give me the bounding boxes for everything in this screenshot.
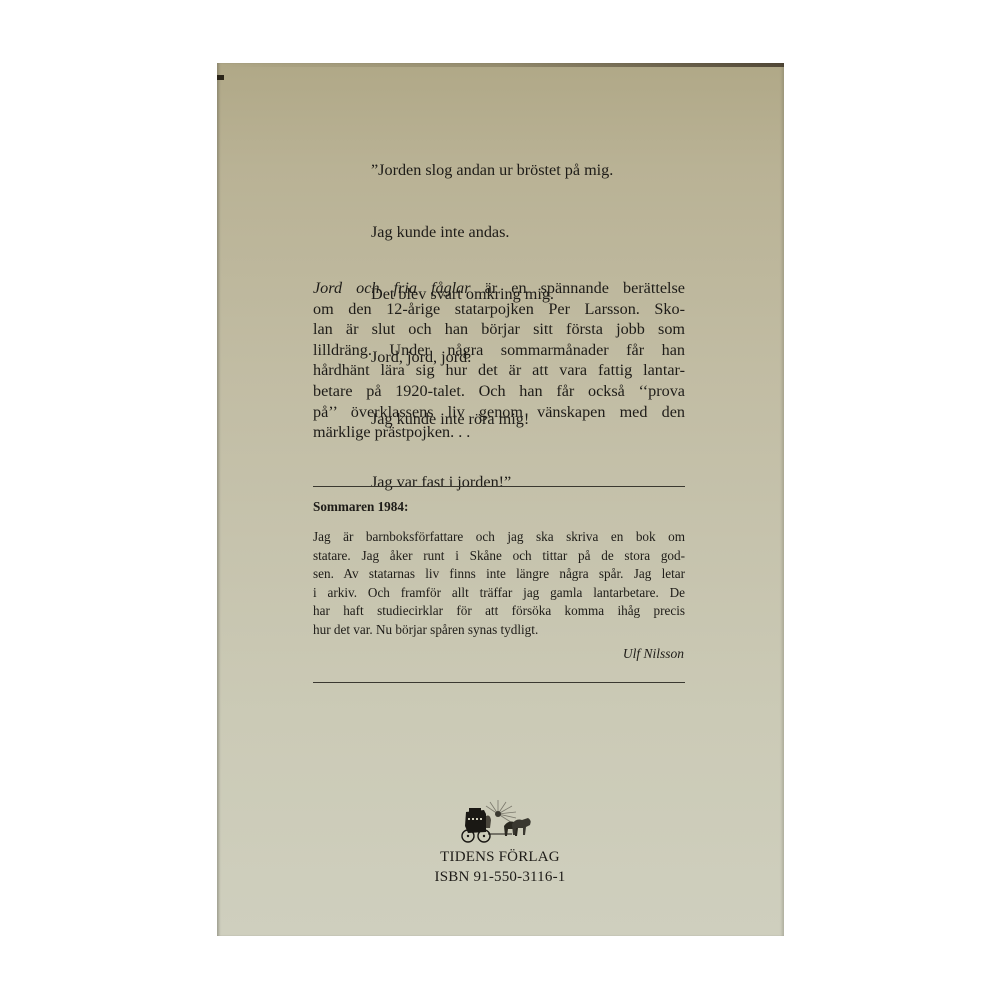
- synopsis-paragraph: Jord och fria fåglar är en spännande ber…: [313, 278, 685, 443]
- synopsis-line: hårdhänt lära sig hur det är att vara fa…: [313, 360, 685, 381]
- divider-top: [313, 486, 685, 487]
- isbn: ISBN 91-550-3116-1: [400, 869, 600, 886]
- quote-line: Jag var fast i jorden!”: [371, 472, 613, 493]
- author-note-body: Jag är barnboksförfattare och jag ska sk…: [313, 528, 685, 640]
- stagecoach-sun-icon: [460, 798, 540, 848]
- synopsis-line: på’’ överklassens liv genom vänskapen me…: [313, 402, 685, 423]
- author-note-line: hur det var. Nu börjar spåren synas tydl…: [313, 621, 685, 640]
- author-note-line: har haft studiecirklar för att försöka k…: [313, 602, 685, 621]
- divider-bottom: [313, 682, 685, 683]
- book-title: Jord och fria fåglar: [313, 279, 471, 297]
- quote-line: ”Jorden slog andan ur bröstet på mig.: [371, 160, 613, 181]
- synopsis-line: Jord och fria fåglar är en spännande ber…: [313, 278, 685, 299]
- synopsis-line: lan är slut och han börjar sitt första j…: [313, 319, 685, 340]
- synopsis-text: är en spännande berättelse: [471, 279, 685, 297]
- synopsis-line: betare på 1920-talet. Och han får också …: [313, 381, 685, 402]
- cover-wear-mark: [217, 75, 224, 80]
- synopsis-line: om den 12-årige statarpojken Per Larsson…: [313, 299, 685, 320]
- author-note-line: sen. Av statarnas liv finns inte längre …: [313, 565, 685, 584]
- author-note-heading: Sommaren 1984:: [313, 499, 408, 515]
- author-note-line: i arkiv. Och framför allt träffar jag ga…: [313, 584, 685, 603]
- author-signature: Ulf Nilsson: [623, 646, 684, 662]
- publisher-name: TIDENS FÖRLAG: [400, 849, 600, 866]
- synopsis-line: märklige prästpojken. . .: [313, 422, 685, 443]
- quote-line: Jag kunde inte andas.: [371, 222, 613, 243]
- synopsis-line: lilldräng. Under några sommarmånader får…: [313, 340, 685, 361]
- author-note-line: Jag är barnboksförfattare och jag ska sk…: [313, 528, 685, 547]
- author-note-line: statare. Jag åker runt i Skåne och titta…: [313, 547, 685, 566]
